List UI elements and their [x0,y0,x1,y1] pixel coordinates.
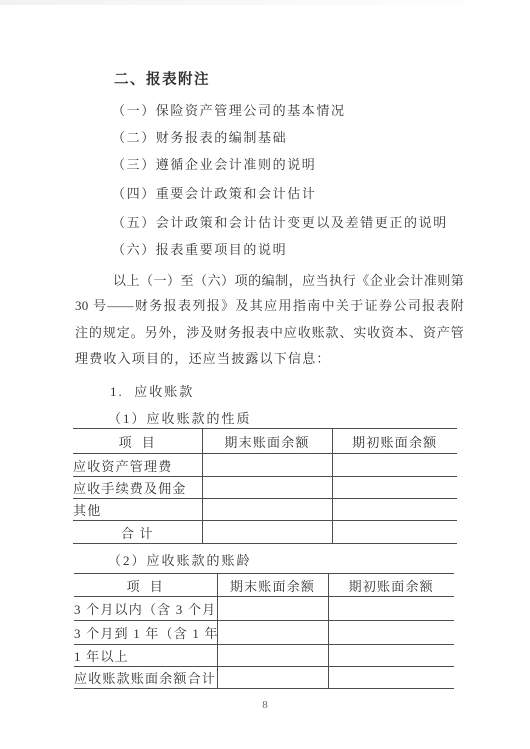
item-heading-receivables: 1. 应收账款 [110,383,194,400]
receivables-aging-table: 项 目 期末账面余额 期初账面余额 3 个月以内（含 3 个月） 3 个月到 1… [74,573,454,689]
scan-artifact [0,0,530,5]
section-heading: 二、报表附注 [114,68,210,89]
table-row-other: 其他 [73,499,457,521]
ending-balance-cell [202,521,332,544]
table-row-within-3-months: 3 个月以内（含 3 个月） [74,597,454,621]
row-label: 应收手续费及佣金 [73,477,202,499]
row-label: 1 年以上 [74,645,217,667]
col-header-beginning-balance: 期初账面余额 [328,574,454,597]
table-row-total: 合 计 [73,521,457,544]
beginning-balance-cell [332,454,457,477]
ending-balance-cell [217,621,328,645]
note-item-3: （三）遵循企业会计准则的说明 [112,156,316,173]
col-header-ending-balance: 期末账面余额 [202,429,332,454]
beginning-balance-cell [332,499,457,521]
ending-balance-cell [202,477,332,499]
table-row-over-1-year: 1 年以上 [74,645,454,667]
col-header-beginning-balance: 期初账面余额 [332,429,457,454]
note-item-1: （一）保险资产管理公司的基本情况 [112,102,346,119]
note-item-5: （五）会计政策和会计估计变更以及差错更正的说明 [112,214,448,231]
beginning-balance-cell [332,477,457,499]
row-label-total: 应收账款账面余额合计 [74,667,217,689]
ending-balance-cell [217,597,328,621]
paragraph-line-4: 理费收入项目的，还应当披露以下信息： [75,350,464,367]
beginning-balance-cell [328,621,454,645]
row-label-total: 合 计 [73,521,202,544]
beginning-balance-cell [328,667,454,689]
ending-balance-cell [217,645,328,667]
table-row-aging-total: 应收账款账面余额合计 [74,667,454,689]
ending-balance-cell [202,499,332,521]
table-row-fees-commission: 应收手续费及佣金 [73,477,457,499]
table-header-row: 项 目 期末账面余额 期初账面余额 [74,574,454,597]
row-label: 3 个月到 1 年（含 1 年） [74,621,217,645]
receivables-nature-table: 项 目 期末账面余额 期初账面余额 应收资产管理费 应收手续费及佣金 其他 合 … [73,428,457,544]
table-row-asset-mgmt-fee: 应收资产管理费 [73,454,457,477]
col-header-item: 项 目 [73,429,202,454]
ending-balance-cell [217,667,328,689]
subheading-receivables-aging: （2）应收账款的账龄 [108,552,252,569]
beginning-balance-cell [332,521,457,544]
note-item-4: （四）重要会计政策和会计估计 [112,185,316,202]
col-header-item: 项 目 [74,574,217,597]
beginning-balance-cell [328,645,454,667]
note-item-2: （二）财务报表的编制基础 [112,129,287,146]
beginning-balance-cell [328,597,454,621]
row-label: 其他 [73,499,202,521]
page-number: 8 [0,699,530,711]
paragraph-line-3: 注的规定。另外，涉及财务报表中应收账款、实收资本、资产管 [75,324,464,341]
paragraph-line-1: 以上（一）至（六）项的编制，应当执行《企业会计准则第 [75,272,464,289]
col-header-ending-balance: 期末账面余额 [217,574,328,597]
row-label: 应收资产管理费 [73,454,202,477]
document-page: 二、报表附注 （一）保险资产管理公司的基本情况 （二）财务报表的编制基础 （三）… [0,0,530,749]
table-row-3-months-to-1-year: 3 个月到 1 年（含 1 年） [74,621,454,645]
ending-balance-cell [202,454,332,477]
subheading-receivables-nature: （1）应收账款的性质 [108,410,252,427]
row-label: 3 个月以内（含 3 个月） [74,597,217,621]
table-header-row: 项 目 期末账面余额 期初账面余额 [73,429,457,454]
note-item-6: （六）报表重要项目的说明 [112,241,287,258]
paragraph-line-2: 30 号——财务报表列报》及其应用指南中关于证券公司报表附 [75,297,464,314]
